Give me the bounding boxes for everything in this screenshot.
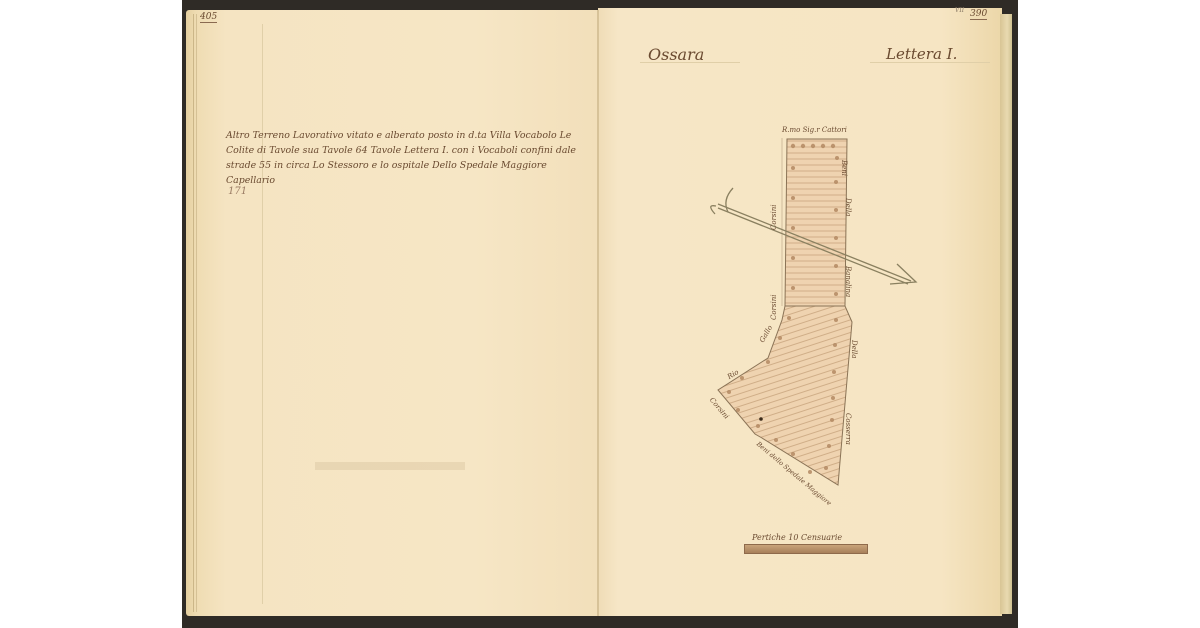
map-label-left-upper: Corsini [770,205,778,231]
field-parcel [718,138,852,485]
scale-bar [744,544,868,554]
map-label-right-lowest: Cosserra [844,413,852,445]
survey-point [759,417,763,421]
scale-label: Pertiche 10 Censuarie [752,533,842,542]
map-label-right-upper: Beni [840,160,848,176]
parcel-map [0,0,1200,628]
map-label-right-lower: Della [850,340,858,358]
map-label-left-middle: Corsini [770,295,778,321]
map-label-right-middle: Della [844,198,852,216]
map-label-right-middle2: Banalina [844,266,852,297]
map-label-top: R.mo Sig.r Cattori [782,126,847,134]
